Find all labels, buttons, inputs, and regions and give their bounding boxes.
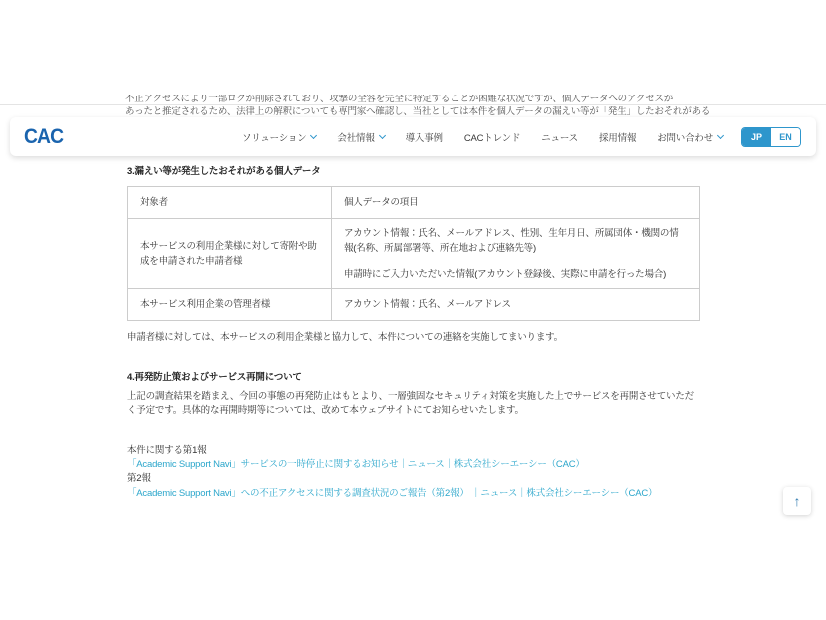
table-cell-subject: 本サービスの利用企業様に対して寄附や助成を申請された申請者様 bbox=[128, 219, 332, 289]
personal-data-table: 対象者 個人データの項目 本サービスの利用企業様に対して寄附や助成を申請された申… bbox=[127, 186, 700, 321]
main-nav: ソリューション 会社情報 導入事例 CACトレンド ニュース 採用情報 お問い合… bbox=[242, 130, 723, 144]
table-header-row: 対象者 個人データの項目 bbox=[128, 187, 700, 219]
scroll-to-top-button[interactable]: ↑ bbox=[783, 487, 811, 515]
language-toggle: JP EN bbox=[741, 127, 801, 147]
table-cell-subject: 本サービス利用企業の管理者様 bbox=[128, 289, 332, 321]
clipped-text-line-1: 不正アクセスにより一部ログが削除されており、攻撃の全容を完全に特定することが困難… bbox=[125, 95, 717, 104]
table-cell-items: アカウント情報：氏名、メールアドレス、性別、生年月日、所属団体・機関の情報(名称… bbox=[332, 219, 700, 289]
nav-item-company[interactable]: 会社情報 bbox=[337, 130, 384, 144]
cac-logo[interactable]: CAC bbox=[24, 126, 63, 147]
related-label-first-report: 本件に関する第1報 bbox=[127, 444, 707, 458]
chevron-down-icon bbox=[717, 131, 724, 138]
table-cell-paragraph: アカウント情報：氏名、メールアドレス、性別、生年月日、所属団体・機関の情報(名称… bbox=[344, 226, 687, 256]
nav-label: ニュース bbox=[541, 130, 578, 144]
table-header-items: 個人データの項目 bbox=[332, 187, 700, 219]
section3-heading: 3.漏えい等が発生したおそれがある個人データ bbox=[127, 163, 321, 177]
table-cell-paragraph: 申請時にご入力いただいた情報(アカウント登録後、実際に申請を行った場合) bbox=[344, 267, 687, 282]
nav-item-case-studies[interactable]: 導入事例 bbox=[406, 130, 443, 144]
nav-item-contact[interactable]: お問い合わせ bbox=[657, 130, 723, 144]
chevron-down-icon bbox=[379, 131, 386, 138]
table-row: 本サービスの利用企業様に対して寄附や助成を申請された申請者様 アカウント情報：氏… bbox=[128, 219, 700, 289]
related-label-second-report: 第2報 bbox=[127, 472, 707, 486]
cell-spacer bbox=[344, 256, 687, 267]
table-header-subject: 対象者 bbox=[128, 187, 332, 219]
related-links: 本件に関する第1報 「Academic Support Navi」サービスの一時… bbox=[127, 444, 707, 501]
nav-label: 導入事例 bbox=[406, 130, 443, 144]
chevron-down-icon bbox=[310, 131, 317, 138]
nav-label: 会社情報 bbox=[337, 130, 374, 144]
lang-jp-button[interactable]: JP bbox=[742, 128, 771, 146]
table-cell-items: アカウント情報：氏名、メールアドレス bbox=[332, 289, 700, 321]
related-link-second-report[interactable]: 「Academic Support Navi」への不正アクセスに関する調査状況の… bbox=[127, 487, 707, 501]
section4-heading: 4.再発防止策およびサービス再開について bbox=[127, 369, 302, 383]
nav-label: ソリューション bbox=[242, 130, 306, 144]
section-divider-line bbox=[0, 104, 826, 105]
nav-item-news[interactable]: ニュース bbox=[541, 130, 578, 144]
section3-note: 申請者様に対しては、本サービスの利用企業様と協力して、本件についての連絡を実施し… bbox=[127, 331, 702, 344]
lang-en-button[interactable]: EN bbox=[771, 128, 800, 146]
related-link-first-report[interactable]: 「Academic Support Navi」サービスの一時停止に関するお知らせ… bbox=[127, 458, 707, 472]
nav-item-careers[interactable]: 採用情報 bbox=[599, 130, 636, 144]
table-row: 本サービス利用企業の管理者様 アカウント情報：氏名、メールアドレス bbox=[128, 289, 700, 321]
nav-item-cac-trend[interactable]: CACトレンド bbox=[464, 130, 520, 144]
site-header: CAC ソリューション 会社情報 導入事例 CACトレンド ニュース 採用情報 … bbox=[10, 117, 816, 156]
nav-label: 採用情報 bbox=[599, 130, 636, 144]
arrow-up-icon: ↑ bbox=[794, 494, 801, 508]
clipped-text-line-2: あったと推定されるため、法律上の解釈についても専門家へ確認し、当社としては本件を… bbox=[125, 106, 720, 117]
nav-label: CACトレンド bbox=[464, 130, 520, 144]
nav-label: お問い合わせ bbox=[657, 130, 713, 144]
nav-item-solutions[interactable]: ソリューション bbox=[242, 130, 316, 144]
section4-paragraph: 上記の調査結果を踏まえ、今回の事態の再発防止はもとより、一層強固なセキュリティ対… bbox=[127, 390, 702, 418]
